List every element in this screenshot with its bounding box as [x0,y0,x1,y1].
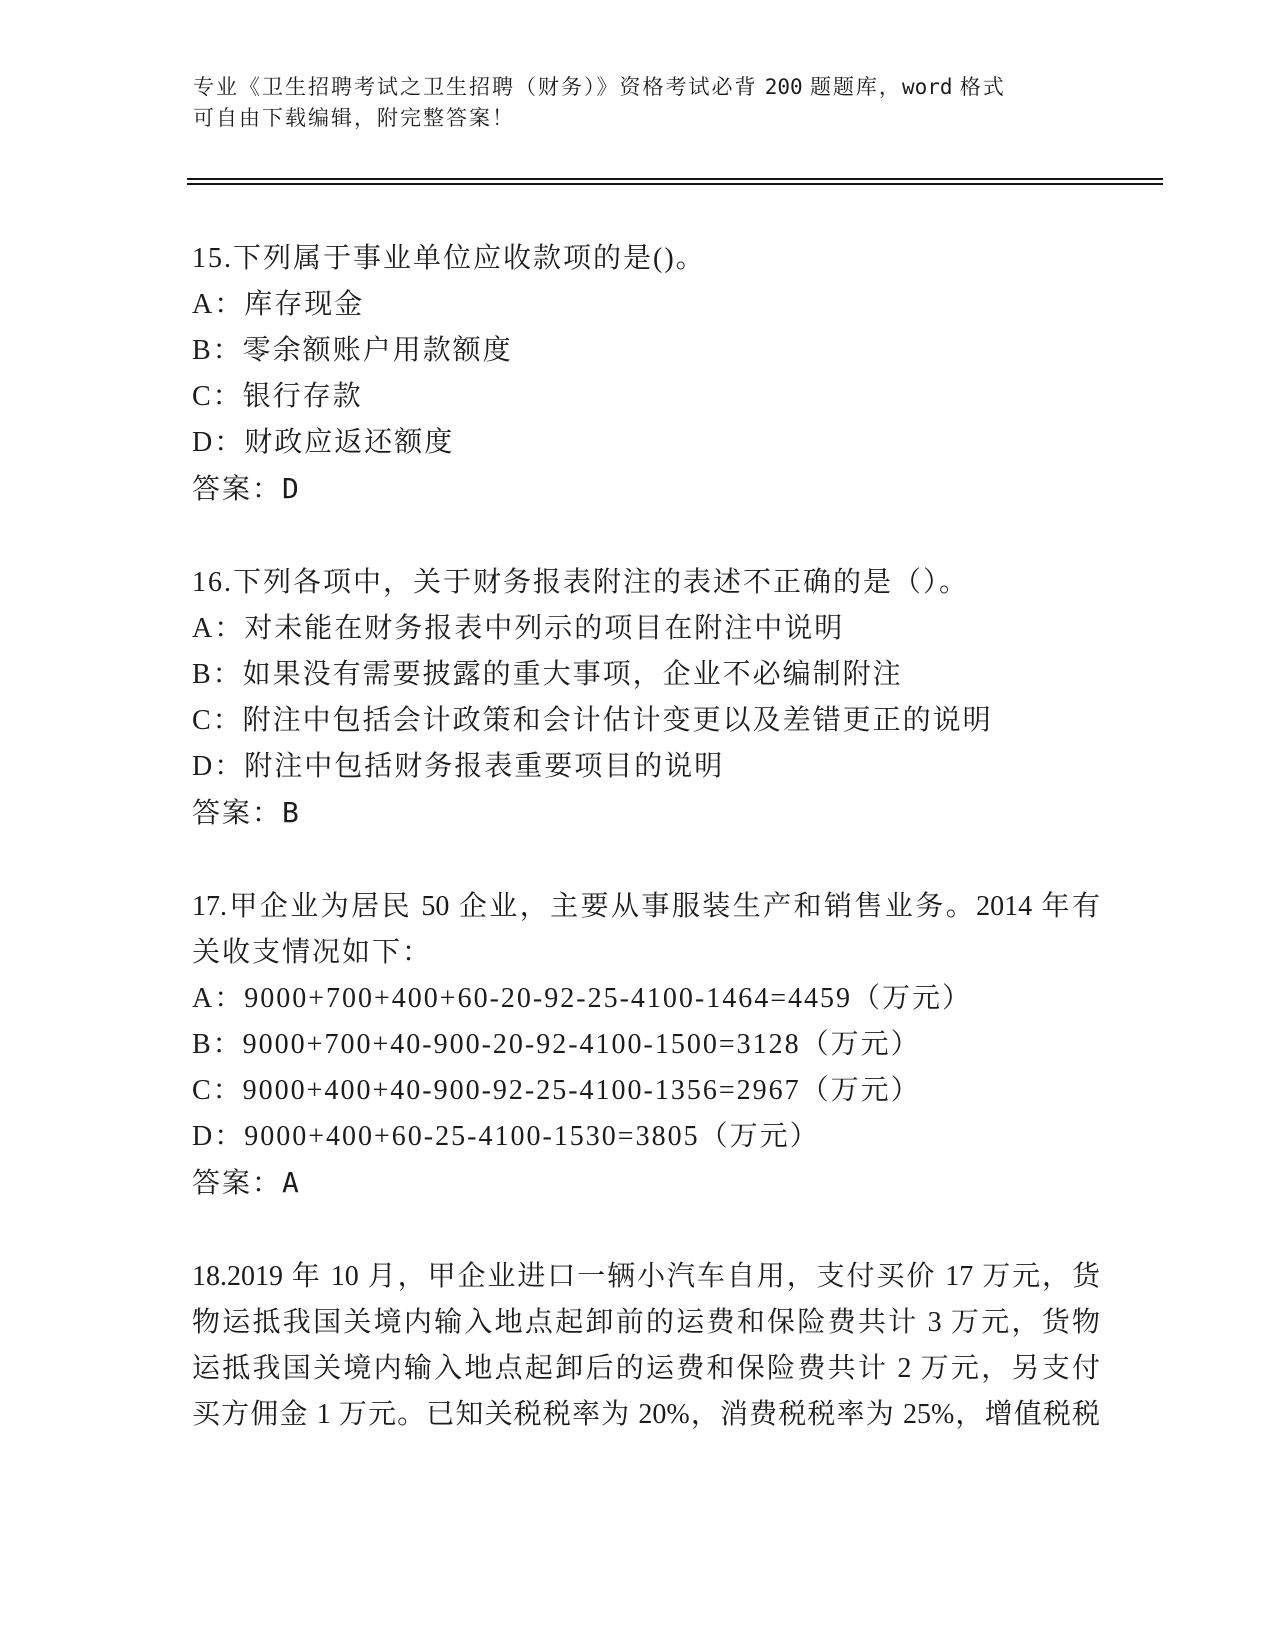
header-text-1b: 题题库， [803,75,902,99]
page-header: 专业《卫生招聘考试之卫生招聘（财务）》资格考试必背 200 题题库，word 格… [193,72,1098,134]
question-15-option-c: C：银行存款 [192,374,1100,420]
question-17-option-c: C：9000+400+40-900-92-25-4100-1356=2967（万… [192,1068,1100,1114]
answer-value: D [282,472,299,505]
answer-value: A [282,1166,299,1199]
question-16-option-b: B：如果没有需要披露的重大事项，企业不必编制附注 [192,652,1100,698]
question-17-option-d: D：9000+400+60-25-4100-1530=3805（万元） [192,1114,1100,1160]
question-16: 16.下列各项中，关于财务报表附注的表述不正确的是（）。 A：对未能在财务报表中… [192,560,1100,837]
answer-value: B [282,796,299,829]
question-18-stem-line-4: 买方佣金 1 万元。已知关税税率为 20%，消费税税率为 25%，增值税税 [192,1392,1100,1438]
question-17-option-a: A：9000+700+400+60-20-92-25-4100-1464=445… [192,976,1100,1022]
question-15: 15.下列属于事业单位应收款项的是()。 A：库存现金 B：零余额账户用款额度 … [192,236,1100,513]
question-16-option-d: D：附注中包括财务报表重要项目的说明 [192,744,1100,790]
question-18-stem-line-3: 运抵我国关境内输入地点起卸后的运费和保险费共计 2 万元，另支付 [192,1346,1100,1392]
question-15-option-d: D：财政应返还额度 [192,420,1100,466]
question-17-option-b: B：9000+700+40-900-20-92-4100-1500=3128（万… [192,1022,1100,1068]
question-16-stem: 16.下列各项中，关于财务报表附注的表述不正确的是（）。 [192,560,1100,606]
question-17-stem-line-2: 关收支情况如下： [192,930,1100,976]
question-18-stem-line-1: 18.2019 年 10 月，甲企业进口一辆小汽车自用，支付买价 17 万元，货 [192,1254,1100,1300]
question-16-option-c: C：附注中包括会计政策和会计估计变更以及差错更正的说明 [192,698,1100,744]
header-line-2: 可自由下载编辑，附完整答案！ [193,103,1098,134]
header-text-1c: 格式 [953,75,1006,99]
answer-label: 答案： [192,798,282,829]
question-17-stem-line-1: 17.甲企业为居民 50 企业，主要从事服装生产和销售业务。2014 年有 [192,884,1100,930]
question-18-stem-line-2: 物运抵我国关境内输入地点起卸前的运费和保险费共计 3 万元，货物 [192,1300,1100,1346]
question-18: 18.2019 年 10 月，甲企业进口一辆小汽车自用，支付买价 17 万元，货… [192,1254,1100,1438]
question-17-answer: 答案：A [192,1160,1100,1207]
header-word-format: word [902,75,953,99]
header-line-1: 专业《卫生招聘考试之卫生招聘（财务）》资格考试必背 200 题题库，word 格… [193,72,1098,103]
header-double-rule [187,178,1163,185]
question-15-stem: 15.下列属于事业单位应收款项的是()。 [192,236,1100,282]
document-body: 15.下列属于事业单位应收款项的是()。 A：库存现金 B：零余额账户用款额度 … [192,236,1100,1438]
question-15-option-a: A：库存现金 [192,282,1100,328]
question-15-answer: 答案：D [192,466,1100,513]
answer-label: 答案： [192,1168,282,1199]
question-17: 17.甲企业为居民 50 企业，主要从事服装生产和销售业务。2014 年有 关收… [192,884,1100,1207]
answer-label: 答案： [192,474,282,505]
question-16-option-a: A：对未能在财务报表中列示的项目在附注中说明 [192,606,1100,652]
header-text-1a: 专业《卫生招聘考试之卫生招聘（财务）》资格考试必背 [193,75,765,99]
question-16-answer: 答案：B [192,790,1100,837]
question-15-option-b: B：零余额账户用款额度 [192,328,1100,374]
header-count: 200 [765,75,803,99]
